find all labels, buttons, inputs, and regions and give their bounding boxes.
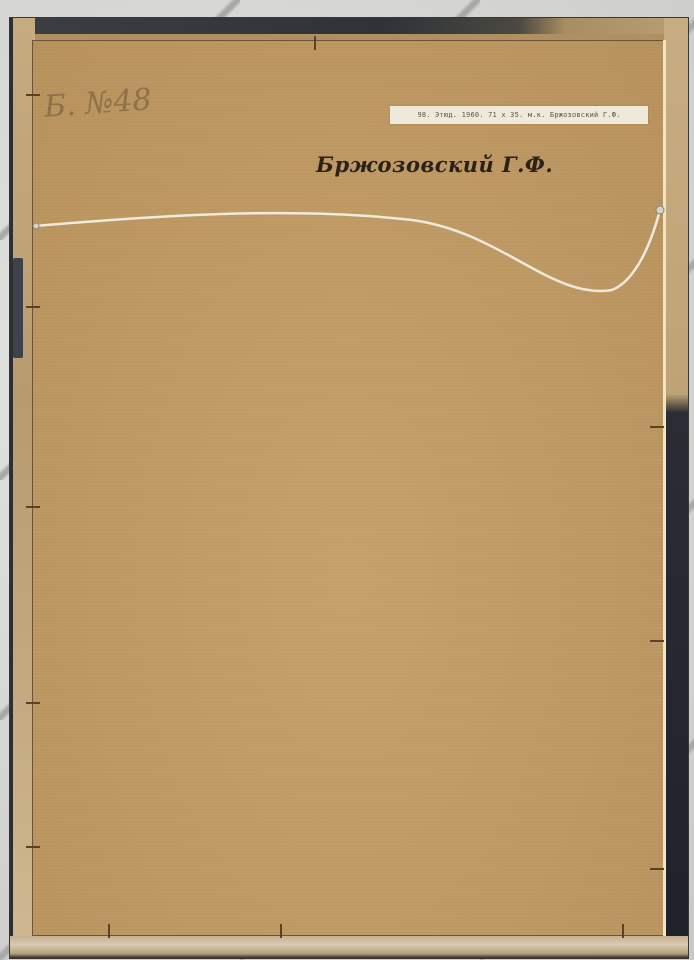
frame-nail — [280, 924, 282, 938]
frame-nail — [650, 868, 664, 870]
hanging-wire — [32, 40, 666, 936]
frame-nail — [108, 924, 110, 938]
frame-nail — [650, 426, 664, 428]
frame-nail — [314, 36, 316, 50]
frame-nail — [622, 924, 624, 938]
frame-nail — [26, 306, 40, 308]
frame-nail — [650, 640, 664, 642]
frame-nail — [26, 506, 40, 508]
picture-frame: Б. №48 98. Этюд. 1960. 71 x 35. м.к. Брж… — [10, 18, 688, 958]
frame-nail — [26, 94, 40, 96]
frame-right-rail — [664, 18, 688, 958]
frame-bottom-rail — [10, 936, 688, 958]
frame-nail — [26, 846, 40, 848]
frame-top-rail — [10, 18, 688, 40]
cardboard-backing: Б. №48 98. Этюд. 1960. 71 x 35. м.к. Брж… — [32, 40, 666, 936]
frame-nail — [26, 702, 40, 704]
frame-paint-patch — [13, 258, 23, 358]
